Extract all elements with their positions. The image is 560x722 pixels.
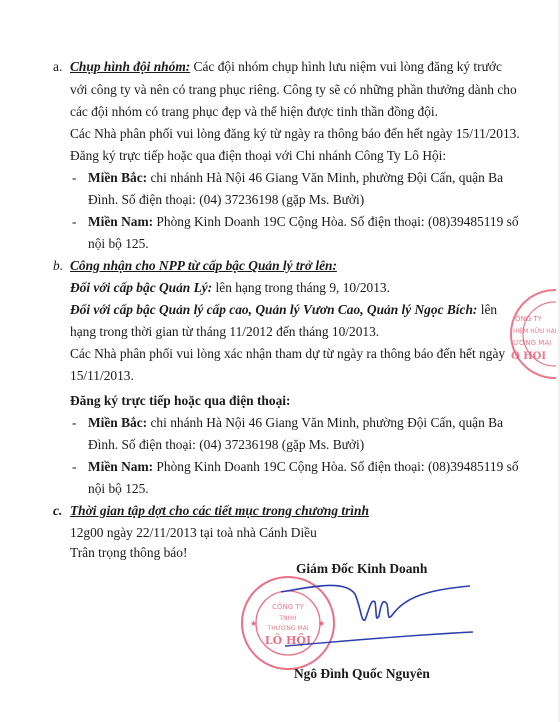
section-b-line-2: Đối với cấp bậc Quản lý cấp cao, Quản lý…: [70, 302, 456, 318]
scan-edge-shadow: [556, 0, 560, 722]
bullet-dash: -: [72, 170, 76, 186]
bullet-dash: -: [72, 415, 76, 431]
section-a-bullet-north-2: Đình. Số điện thoại: (04) 37236198 (gặp …: [88, 192, 364, 208]
section-b-line-3: hạng trong thời gian từ tháng 11/2012 đế…: [70, 324, 379, 340]
section-a-line-2: với công ty và nên có trang phục riêng. …: [70, 82, 517, 98]
section-a-bullet-south-2: nội bộ 125.: [88, 236, 149, 252]
signature-scribble: [275, 580, 475, 660]
section-b-register: Đăng ký trực tiếp hoặc qua điện thoại:: [70, 393, 290, 409]
section-c-heading: Thời gian tập dợt cho các tiết mục trong…: [70, 503, 369, 519]
partial-stamp-right-edge: ÔNG TY HIỆM HỮU HẠN ƯƠNG MẠI Ô HỘI: [505, 286, 560, 382]
section-a-line-1: Chụp hình đội nhóm: Các đội nhóm chụp hì…: [70, 59, 502, 75]
closing-text: Trân trọng thông báo!: [70, 545, 187, 561]
section-b-line-5: 15/11/2013.: [70, 368, 134, 384]
section-b-bullet-south: Miền Nam: Phòng Kinh Doanh 19C Cộng Hòa.…: [88, 459, 519, 475]
svg-text:Ô HỘI: Ô HỘI: [511, 350, 546, 362]
section-a-marker: a.: [53, 59, 62, 75]
signatory-name: Ngô Đình Quốc Nguyên: [294, 666, 430, 682]
section-b-heading: Công nhận cho NPP từ cấp bậc Quản lý trở…: [70, 258, 337, 274]
section-b-bullet-north-2: Đình. Số điện thoại: (04) 37236198 (gặp …: [88, 437, 364, 453]
svg-text:ÔNG TY: ÔNG TY: [515, 314, 543, 323]
section-a-line-4: Các Nhà phân phối vui lòng đăng ký từ ng…: [70, 126, 520, 142]
svg-text:★: ★: [250, 619, 257, 628]
section-a-line-3: các đội nhóm có trang phục đẹp và thể hi…: [70, 104, 438, 120]
section-c-line-1: 12g00 ngày 22/11/2013 tại toà nhà Cánh D…: [70, 525, 317, 541]
section-a-bullet-south: Miền Nam: Phòng Kinh Doanh 19C Cộng Hòa.…: [88, 214, 519, 230]
section-a-bullet-north: Miền Bắc: chi nhánh Hà Nội 46 Giang Văn …: [88, 170, 503, 186]
section-b-marker: b.: [53, 258, 63, 274]
section-a-heading: Chụp hình đội nhóm:: [70, 59, 190, 74]
svg-text:HIỆM HỮU HẠN: HIỆM HỮU HẠN: [513, 327, 559, 335]
section-b-line-1: Đối với cấp bậc Quản Lý: lên hạng trong …: [70, 280, 390, 296]
section-b-bullet-north: Miền Bắc: chi nhánh Hà Nội 46 Giang Văn …: [88, 415, 503, 431]
bullet-dash: -: [72, 459, 76, 475]
section-b-line-4: Các Nhà phân phối vui lòng xác nhận tham…: [70, 346, 505, 362]
bullet-dash: -: [72, 214, 76, 230]
section-c-marker: c.: [53, 503, 62, 519]
section-b-bullet-south-2: nội bộ 125.: [88, 481, 149, 497]
section-a-line-5: Đăng ký trực tiếp hoặc qua điện thoại vớ…: [70, 148, 446, 164]
svg-text:ƯƠNG MẠI: ƯƠNG MẠI: [513, 339, 551, 347]
